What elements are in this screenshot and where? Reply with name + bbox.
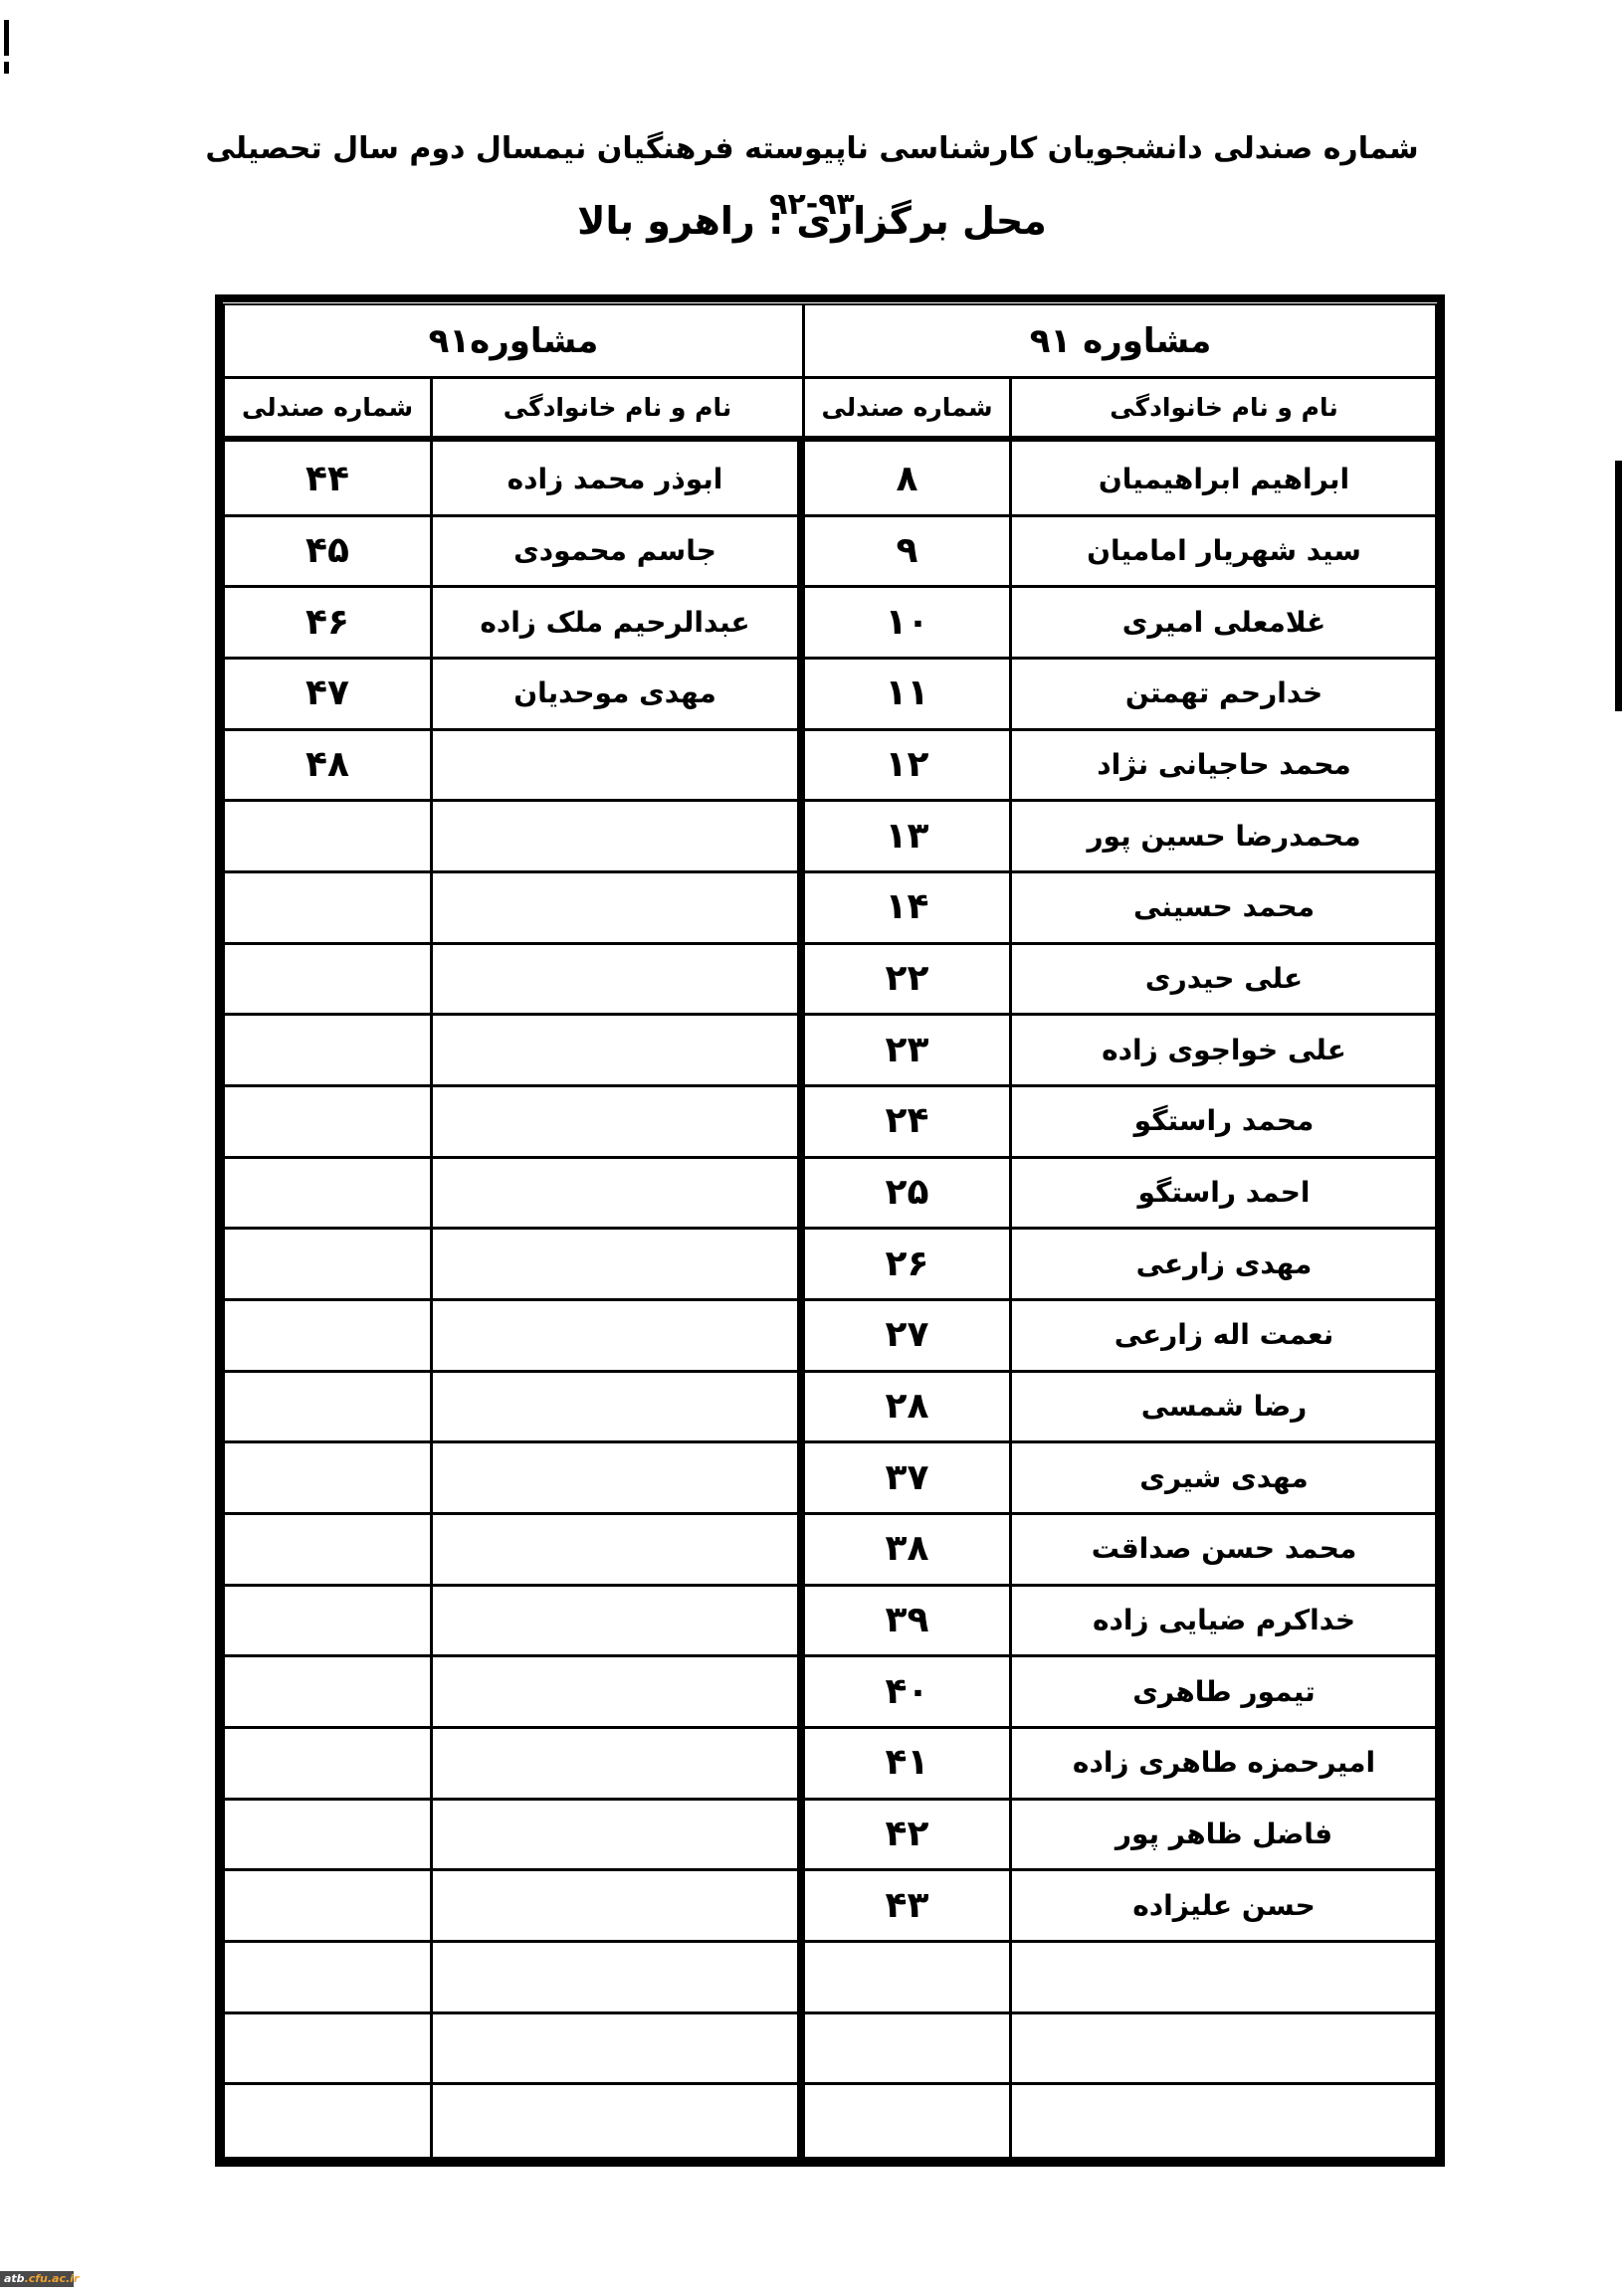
right-seat-header: شماره صندلی [805,379,1009,436]
right-seat-cell: ۲۲ [805,944,1009,1014]
left-seat-header: شماره صندلی [225,379,430,436]
header-divider-thick [225,436,1436,442]
left-name-cell [433,1656,797,1726]
right-seat-cell: ۲۴ [805,1086,1009,1156]
right-name-cell [1012,2013,1436,2083]
left-name-cell: عبدالرحیم ملک زاده [433,587,797,657]
right-seat-cell: ۱۰ [805,587,1009,657]
right-seat-cell [805,2084,1009,2154]
left-name-cell [433,1442,797,1512]
left-seat-cell [225,2013,430,2083]
right-seat-cell: ۳۸ [805,1514,1009,1584]
right-name-cell: رضا شمسی [1012,1372,1436,1441]
left-seat-cell [225,1942,430,2011]
right-name-cell: محمد حسن صداقت [1012,1514,1436,1584]
right-seat-cell: ۸ [805,445,1009,514]
left-seat-cell [225,1870,430,1940]
right-seat-cell: ۱۱ [805,659,1009,728]
left-name-cell [433,1800,797,1869]
right-name-cell [1012,2084,1436,2154]
right-seat-cell: ۲۶ [805,1229,1009,1298]
right-name-cell: تیمور طاهری [1012,1656,1436,1726]
right-name-cell: احمد راستگو [1012,1158,1436,1228]
left-name-cell [433,2013,797,2083]
left-seat-cell [225,1372,430,1441]
left-seat-cell [225,1800,430,1869]
right-name-cell: سید شهریار امامیان [1012,516,1436,586]
left-name-cell [433,1372,797,1441]
watermark: atb.cfu.ac.ir [0,2271,74,2287]
left-name-cell: ابوذر محمد زاده [433,445,797,514]
left-seat-cell [225,1586,430,1655]
right-seat-cell: ۱۲ [805,730,1009,800]
left-name-cell [433,944,797,1014]
right-name-cell: مهدی شیری [1012,1442,1436,1512]
right-seat-cell: ۲۳ [805,1015,1009,1084]
right-seat-cell: ۱۳ [805,801,1009,870]
right-seat-cell: ۴۳ [805,1870,1009,1940]
right-seat-cell: ۲۸ [805,1372,1009,1441]
right-name-cell: نعمت اله زارعی [1012,1300,1436,1370]
right-seat-cell: ۱۴ [805,872,1009,942]
scan-mark [4,20,9,56]
left-name-cell [433,1728,797,1798]
right-seat-cell: ۴۲ [805,1800,1009,1869]
left-seat-cell [225,2084,430,2154]
watermark-part2: .cfu.ac.ir [25,2272,80,2285]
left-seat-cell [225,1015,430,1084]
left-name-cell [433,1158,797,1228]
right-name-cell: حسن علیزاده [1012,1870,1436,1940]
right-seat-cell: ۴۰ [805,1656,1009,1726]
left-name-cell [433,801,797,870]
left-name-cell [433,1870,797,1940]
right-name-cell: محمد راستگو [1012,1086,1436,1156]
scan-mark [1615,461,1622,711]
left-seat-cell [225,1728,430,1798]
right-seat-cell: ۳۷ [805,1442,1009,1512]
left-seat-cell [225,944,430,1014]
left-seat-cell [225,1229,430,1298]
right-name-header: نام و نام خانوادگی [1012,379,1436,436]
right-name-cell: محمدرضا حسین پور [1012,801,1436,870]
right-seat-cell: ۳۹ [805,1586,1009,1655]
watermark-part1: atb [4,2272,25,2285]
left-name-cell [433,872,797,942]
right-seat-cell: ۲۷ [805,1300,1009,1370]
left-name-header: نام و نام خانوادگی [433,379,802,436]
right-name-cell: محمد حاجیانی نژاد [1012,730,1436,800]
left-name-cell: مهدی موحدیان [433,659,797,728]
left-seat-cell [225,801,430,870]
left-name-cell [433,1586,797,1655]
left-name-cell: جاسم محمودی [433,516,797,586]
scan-mark [4,62,9,74]
left-seat-cell: ۴۴ [225,445,430,514]
right-name-cell [1012,1942,1436,2011]
right-name-cell: خداکرم ضیایی زاده [1012,1586,1436,1655]
left-name-cell [433,1015,797,1084]
left-seat-cell [225,1656,430,1726]
left-name-cell [433,1514,797,1584]
document-title: شماره صندلی دانشجویان کارشناسی ناپیوسته … [199,121,1425,177]
left-seat-cell: ۴۸ [225,730,430,800]
left-name-cell [433,1300,797,1370]
right-name-cell: محمد حسینی [1012,872,1436,942]
right-name-cell: امیرحمزه طاهری زاده [1012,1728,1436,1798]
right-name-cell: خدارحم تهمتن [1012,659,1436,728]
left-seat-cell [225,1086,430,1156]
right-name-cell: علی حیدری [1012,944,1436,1014]
right-name-cell: فاضل ظاهر پور [1012,1800,1436,1869]
left-name-cell [433,1086,797,1156]
right-seat-cell [805,1942,1009,2011]
right-seat-cell: ۲۵ [805,1158,1009,1228]
right-name-cell: ابراهیم ابراهیمیان [1012,445,1436,514]
left-name-cell [433,1229,797,1298]
right-name-cell: غلامعلی امیری [1012,587,1436,657]
left-name-cell [433,730,797,800]
left-seat-cell: ۴۶ [225,587,430,657]
right-seat-cell: ۹ [805,516,1009,586]
right-group-title: مشاوره ۹۱ [805,305,1436,376]
left-seat-cell: ۴۵ [225,516,430,586]
left-group-title: مشاوره۹۱ [225,305,802,376]
left-seat-cell [225,1158,430,1228]
left-name-cell [433,2084,797,2154]
left-seat-cell: ۴۷ [225,659,430,728]
right-name-cell: مهدی زارعی [1012,1229,1436,1298]
left-seat-cell [225,1300,430,1370]
right-name-cell: علی خواجوی زاده [1012,1015,1436,1084]
left-seat-cell [225,1514,430,1584]
left-name-cell [433,1942,797,2011]
left-seat-cell [225,1442,430,1512]
right-seat-cell: ۴۱ [805,1728,1009,1798]
document-subtitle: محل برگزاری : راهرو بالا [199,189,1425,253]
left-seat-cell [225,872,430,942]
right-seat-cell [805,2013,1009,2083]
